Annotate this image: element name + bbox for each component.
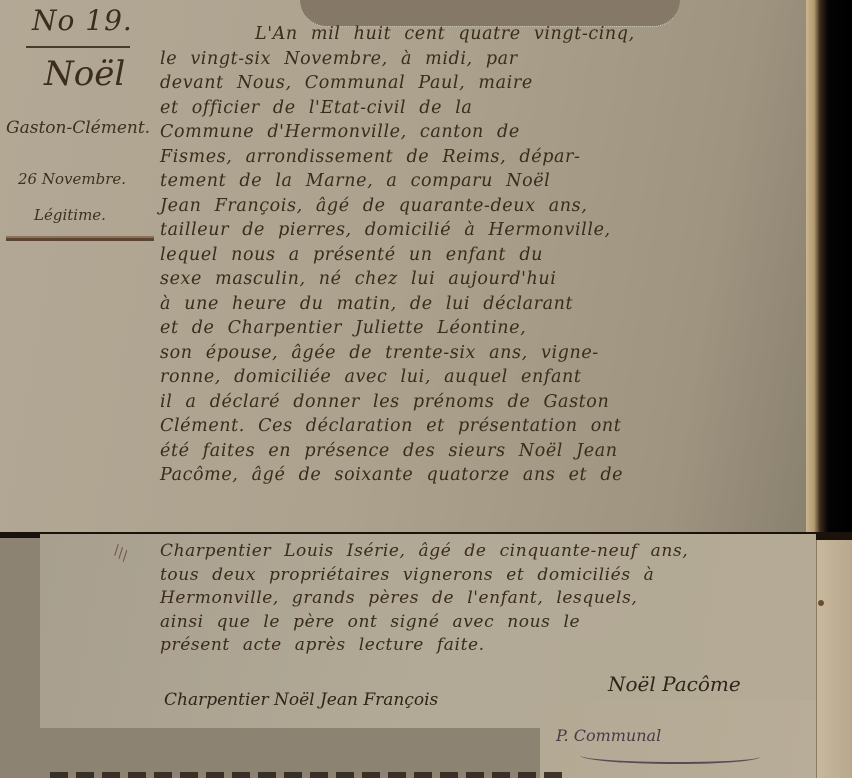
signature-mayor: P. Communal (556, 726, 661, 745)
act-line: le vingt-six Novembre, à midi, par (160, 47, 810, 72)
act-line: Charpentier Louis Isérie, âgé de cinquan… (160, 540, 816, 564)
act-line: tement de la Marne, a comparu Noël (160, 169, 810, 194)
margin-double-rule (6, 238, 154, 241)
act-line: ronne, domiciliée avec lui, auquel enfan… (160, 365, 810, 390)
margin-rule (26, 46, 130, 48)
margin-date: 26 Novembre. (18, 170, 126, 188)
act-line: sexe masculin, né chez lui aujourd'hui (160, 267, 810, 292)
act-line: devant Nous, Communal Paul, maire (160, 71, 810, 96)
act-line: Clément. Ces déclaration et présentation… (160, 414, 810, 439)
act-line: été faites en présence des sieurs Noël J… (160, 439, 810, 464)
binding-stitch (818, 600, 824, 606)
act-line: tous deux propriétaires vignerons et dom… (160, 564, 816, 588)
register-page-upper: No 19. Noël Gaston-Clément. 26 Novembre.… (0, 0, 852, 532)
act-line: et officier de l'Etat-civil de la (160, 96, 810, 121)
act-line: il a déclaré donner les prénoms de Gasto… (160, 390, 810, 415)
act-line: lequel nous a présenté un enfant du (160, 243, 810, 268)
margin-given-names: Gaston-Clément. (6, 118, 150, 138)
margin-surname: Noël (44, 54, 125, 94)
act-line: tailleur de pierres, domicilié à Hermonv… (160, 218, 810, 243)
facing-page-edge (816, 540, 852, 778)
act-line: L'An mil huit cent quatre vingt-cinq, (160, 22, 810, 47)
signature-grandfather: Noël Pacôme (608, 672, 741, 696)
redacted-area-bottom (0, 728, 540, 778)
act-line: Jean François, âgé de quarante-deux ans, (160, 194, 810, 219)
act-body-lower: Charpentier Louis Isérie, âgé de cinquan… (160, 540, 816, 658)
act-line: Fismes, arrondissement de Reims, dépar- (160, 145, 810, 170)
act-line: Commune d'Hermonville, canton de (160, 120, 810, 145)
next-entry-fragment (50, 772, 570, 778)
margin-status: Légitime. (34, 206, 106, 224)
act-line: ainsi que le père ont signé avec nous le (160, 611, 816, 635)
act-line: à une heure du matin, de lui déclarant (160, 292, 810, 317)
act-line: son épouse, âgée de trente-six ans, vign… (160, 341, 810, 366)
act-line: et de Charpentier Juliette Léontine, (160, 316, 810, 341)
pencil-mark: \ \ \ (96, 542, 168, 609)
act-body-upper: L'An mil huit cent quatre vingt-cinq, le… (160, 22, 810, 488)
act-line: Hermonville, grands pères de l'enfant, l… (160, 587, 816, 611)
margin-annotation: No 19. Noël Gaston-Clément. 26 Novembre.… (0, 0, 158, 532)
act-line: Pacôme, âgé de soixante quatorze ans et … (160, 463, 810, 488)
act-line: présent acte après lecture faite. (160, 634, 816, 658)
signature-father-witness: Charpentier Noël Jean François (164, 690, 438, 710)
record-number: No 19. (32, 4, 133, 37)
